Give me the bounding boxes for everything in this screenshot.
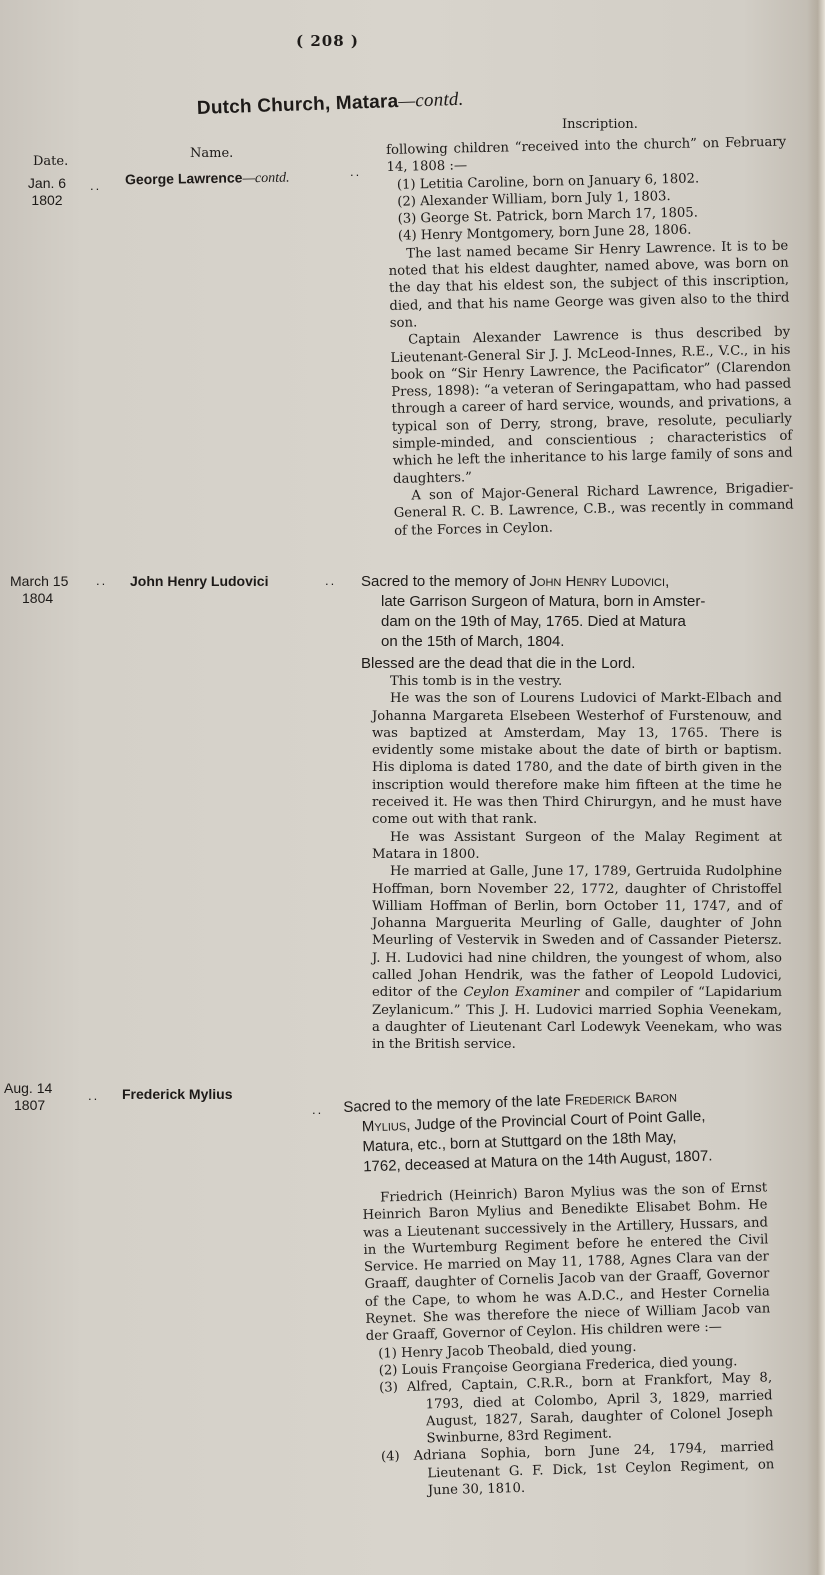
note-paragraph: He was Assistant Surgeon of the Malay Re…: [372, 829, 782, 864]
date-day: Aug. 14: [4, 1080, 64, 1097]
leader-dots: ..: [90, 178, 101, 193]
inscription-blessing: Blessed are the dead that die in the Lor…: [361, 654, 791, 674]
entry-date: Jan. 6 1802: [22, 175, 72, 209]
inscription-line: dam on the 19th of May, 1765. Died at Ma…: [361, 612, 791, 632]
inscription-line: on the 15th of March, 1804.: [361, 632, 791, 652]
leader-dots: ..: [350, 164, 361, 179]
inscription-line: Sacred to the memory of John Henry Ludov…: [361, 572, 791, 592]
entry-name: John Henry Ludovici: [130, 573, 268, 589]
title-text: Dutch Church, Matara: [197, 91, 399, 119]
child-list-item: (4) Adriana Sophia, born June 24, 1794, …: [369, 1439, 775, 1501]
inscription-text: following children “received into the ch…: [386, 134, 794, 540]
entry-date: March 15 1804: [10, 573, 70, 607]
column-header-inscription: Inscription.: [562, 117, 638, 132]
child-list-item: (3) Alfred, Captain, C.R.R., born at Fra…: [367, 1370, 774, 1450]
inscription-line: late Garrison Surgeon of Matura, born in…: [361, 592, 791, 612]
column-header-date: Date.: [33, 154, 68, 169]
entry-name: Frederick Mylius: [122, 1086, 233, 1102]
notes-text: Friedrich (Heinrich) Baron Mylius was th…: [362, 1179, 775, 1501]
inscription-text: Sacred to the memory of John Henry Ludov…: [361, 572, 791, 674]
leader-dots: ..: [325, 573, 336, 588]
entry-name: George Lawrence—contd.: [125, 169, 290, 190]
note-paragraph: Captain Alexander Lawrence is thus descr…: [390, 324, 793, 488]
note-paragraph: Friedrich (Heinrich) Baron Mylius was th…: [362, 1179, 771, 1345]
page-edge: [807, 0, 825, 1575]
date-year: 1802: [22, 192, 72, 209]
note-paragraph: A son of Major-General Richard Lawrence,…: [393, 479, 794, 539]
name-suffix: —contd.: [242, 171, 289, 187]
entry-date: Aug. 14 1807: [4, 1080, 64, 1114]
note-paragraph: This tomb is in the vestry.: [372, 673, 782, 690]
leader-dots: ..: [312, 1102, 323, 1117]
note-paragraph: He married at Galle, June 17, 1789, Gert…: [372, 863, 782, 1053]
note-paragraph: The last named became Sir Henry Lawrence…: [388, 237, 790, 332]
name-text: George Lawrence: [125, 169, 243, 187]
page-number: ( 208 ): [296, 32, 359, 50]
column-header-name: Name.: [190, 146, 233, 161]
date-day: Jan. 6: [22, 175, 72, 192]
inscription-text: Sacred to the memory of the late Frederi…: [343, 1084, 785, 1178]
note-text: He married at Galle, June 17, 1789, Gert…: [372, 864, 782, 1000]
leader-dots: ..: [96, 573, 107, 588]
note-paragraph: He was the son of Lourens Ludovici of Ma…: [372, 690, 782, 828]
page-title: Dutch Church, Matara—contd.: [197, 89, 464, 120]
date-year: 1804: [10, 590, 70, 607]
date-day: March 15: [10, 573, 70, 590]
date-year: 1807: [4, 1097, 64, 1114]
publication-title: Ceylon Examiner: [463, 985, 579, 1000]
leader-dots: ..: [88, 1088, 99, 1103]
title-suffix: —contd.: [398, 89, 464, 112]
notes-text: This tomb is in the vestry. He was the s…: [372, 673, 782, 1054]
